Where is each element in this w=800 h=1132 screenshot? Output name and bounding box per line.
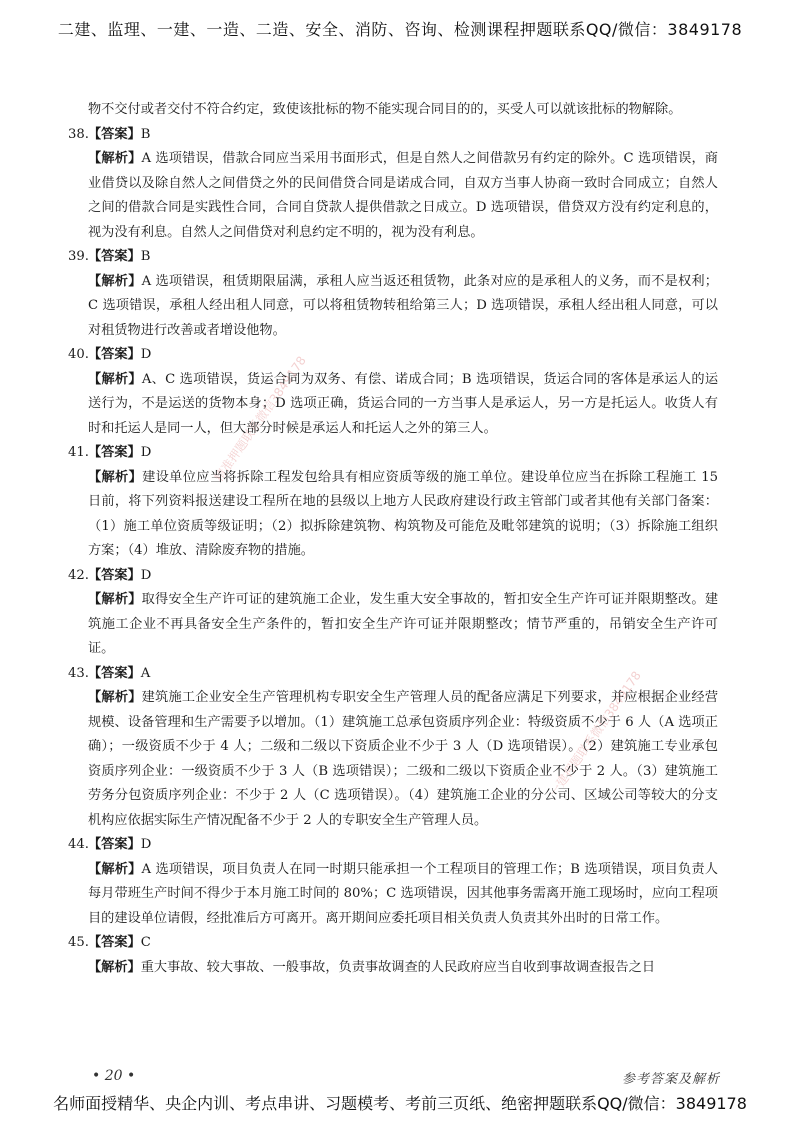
answer-value: D — [141, 347, 152, 362]
answer-value: B — [141, 249, 151, 264]
analysis-block: 【解析】A、C 选项错误，货运合同为双务、有偿、诺成合同；B 选项错误，货运合同… — [88, 368, 718, 442]
question-number: 41. — [68, 441, 88, 466]
question-43: 43.【答案】A 【解析】建筑施工企业安全生产管理机构专职安全生产管理人员的配备… — [88, 662, 718, 834]
analysis-text: 重大事故、较大事故、一般事故，负责事故调查的人民政府应当自收到事故调查报告之日 — [141, 960, 655, 975]
question-number: 44. — [68, 833, 88, 858]
answer-value: D — [141, 568, 152, 583]
analysis-label: 【解析】 — [88, 151, 142, 166]
answer-line: 38.【答案】B — [68, 123, 718, 148]
answer-label: 【答案】 — [88, 666, 141, 681]
question-number: 43. — [68, 662, 88, 687]
answer-label: 【答案】 — [88, 935, 141, 950]
analysis-text: 取得安全生产许可证的建筑施工企业，发生重大安全事故的，暂扣安全生产许可证并限期整… — [88, 592, 718, 656]
analysis-text: A 选项错误，租赁期限届满，承租人应当返还租赁物，此条对应的是承租人的义务，而不… — [88, 274, 718, 338]
page-number: • 20 • — [92, 1068, 135, 1084]
question-42: 42.【答案】D 【解析】取得安全生产许可证的建筑施工企业，发生重大安全事故的，… — [88, 564, 718, 662]
answer-value: A — [141, 666, 151, 681]
answer-value: B — [141, 127, 151, 142]
answer-line: 40.【答案】D — [68, 343, 718, 368]
question-39: 39.【答案】B 【解析】A 选项错误，租赁期限届满，承租人应当返还租赁物，此条… — [88, 245, 718, 343]
analysis-block: 【解析】建筑施工企业安全生产管理机构专职安全生产管理人员的配备应满足下列要求，并… — [88, 686, 718, 833]
analysis-text: A、C 选项错误，货运合同为双务、有偿、诺成合同；B 选项错误，货运合同的客体是… — [88, 372, 718, 436]
question-44: 44.【答案】D 【解析】A 选项错误，项目负责人在同一时期只能承担一个工程项目… — [88, 833, 718, 931]
answer-line: 42.【答案】D — [68, 564, 718, 589]
question-number: 45. — [68, 931, 88, 956]
analysis-label: 【解析】 — [88, 960, 141, 975]
analysis-text: A 选项错误，项目负责人在同一时期只能承担一个工程项目的管理工作；B 选项错误，… — [88, 862, 718, 926]
answer-line: 45.【答案】C — [68, 931, 718, 956]
answer-line: 41.【答案】D — [68, 441, 718, 466]
analysis-label: 【解析】 — [88, 470, 142, 485]
answer-label: 【答案】 — [88, 347, 141, 362]
analysis-label: 【解析】 — [88, 690, 142, 705]
analysis-block: 【解析】A 选项错误，项目负责人在同一时期只能承担一个工程项目的管理工作；B 选… — [88, 858, 718, 932]
question-number: 39. — [68, 245, 88, 270]
answer-content: 物不交付或者交付不符合约定，致使该批标的物不能实现合同目的的，买受人可以就该批标… — [88, 98, 718, 980]
question-45: 45.【答案】C 【解析】重大事故、较大事故、一般事故，负责事故调查的人民政府应… — [88, 931, 718, 980]
analysis-block: 【解析】A 选项错误，借款合同应当采用书面形式，但是自然人之间借款另有约定的除外… — [88, 147, 718, 245]
analysis-label: 【解析】 — [88, 372, 142, 387]
footer-banner: 名师面授精华、央企内训、考点串讲、习题模考、考前三页纸、绝密押题联系QQ/微信：… — [0, 1091, 800, 1114]
analysis-block: 【解析】A 选项错误，租赁期限届满，承租人应当返还租赁物，此条对应的是承租人的义… — [88, 270, 718, 344]
analysis-label: 【解析】 — [88, 274, 142, 289]
answer-label: 【答案】 — [88, 837, 141, 852]
analysis-block: 【解析】建设单位应当将拆除工程发包给具有相应资质等级的施工单位。建设单位应当在拆… — [88, 466, 718, 564]
section-title: 参考答案及解析 — [622, 1068, 720, 1087]
answer-value: C — [141, 935, 151, 950]
question-number: 40. — [68, 343, 88, 368]
analysis-label: 【解析】 — [88, 862, 142, 877]
answer-label: 【答案】 — [88, 568, 141, 583]
question-number: 42. — [68, 564, 88, 589]
question-40: 40.【答案】D 【解析】A、C 选项错误，货运合同为双务、有偿、诺成合同；B … — [88, 343, 718, 441]
analysis-text: 建设单位应当将拆除工程发包给具有相应资质等级的施工单位。建设单位应当在拆除工程施… — [88, 470, 718, 559]
question-number: 38. — [68, 123, 88, 148]
analysis-text: A 选项错误，借款合同应当采用书面形式，但是自然人之间借款另有约定的除外。C 选… — [88, 151, 718, 240]
answer-value: D — [141, 445, 152, 460]
analysis-block: 【解析】取得安全生产许可证的建筑施工企业，发生重大安全事故的，暂扣安全生产许可证… — [88, 588, 718, 662]
analysis-text: 建筑施工企业安全生产管理机构专职安全生产管理人员的配备应满足下列要求，并应根据企… — [88, 690, 718, 828]
analysis-label: 【解析】 — [88, 592, 142, 607]
analysis-block: 【解析】重大事故、较大事故、一般事故，负责事故调查的人民政府应当自收到事故调查报… — [88, 956, 718, 981]
header-banner: 二建、监理、一建、一造、二造、安全、消防、咨询、检测课程押题联系QQ/微信：38… — [0, 17, 800, 40]
answer-value: D — [141, 837, 152, 852]
intro-text: 物不交付或者交付不符合约定，致使该批标的物不能实现合同目的的，买受人可以就该批标… — [88, 98, 718, 123]
question-38: 38.【答案】B 【解析】A 选项错误，借款合同应当采用书面形式，但是自然人之间… — [88, 123, 718, 246]
answer-line: 39.【答案】B — [68, 245, 718, 270]
answer-line: 43.【答案】A — [68, 662, 718, 687]
question-41: 41.【答案】D 【解析】建设单位应当将拆除工程发包给具有相应资质等级的施工单位… — [88, 441, 718, 564]
answer-line: 44.【答案】D — [68, 833, 718, 858]
answer-label: 【答案】 — [88, 249, 141, 264]
answer-label: 【答案】 — [88, 445, 141, 460]
answer-label: 【答案】 — [88, 127, 141, 142]
